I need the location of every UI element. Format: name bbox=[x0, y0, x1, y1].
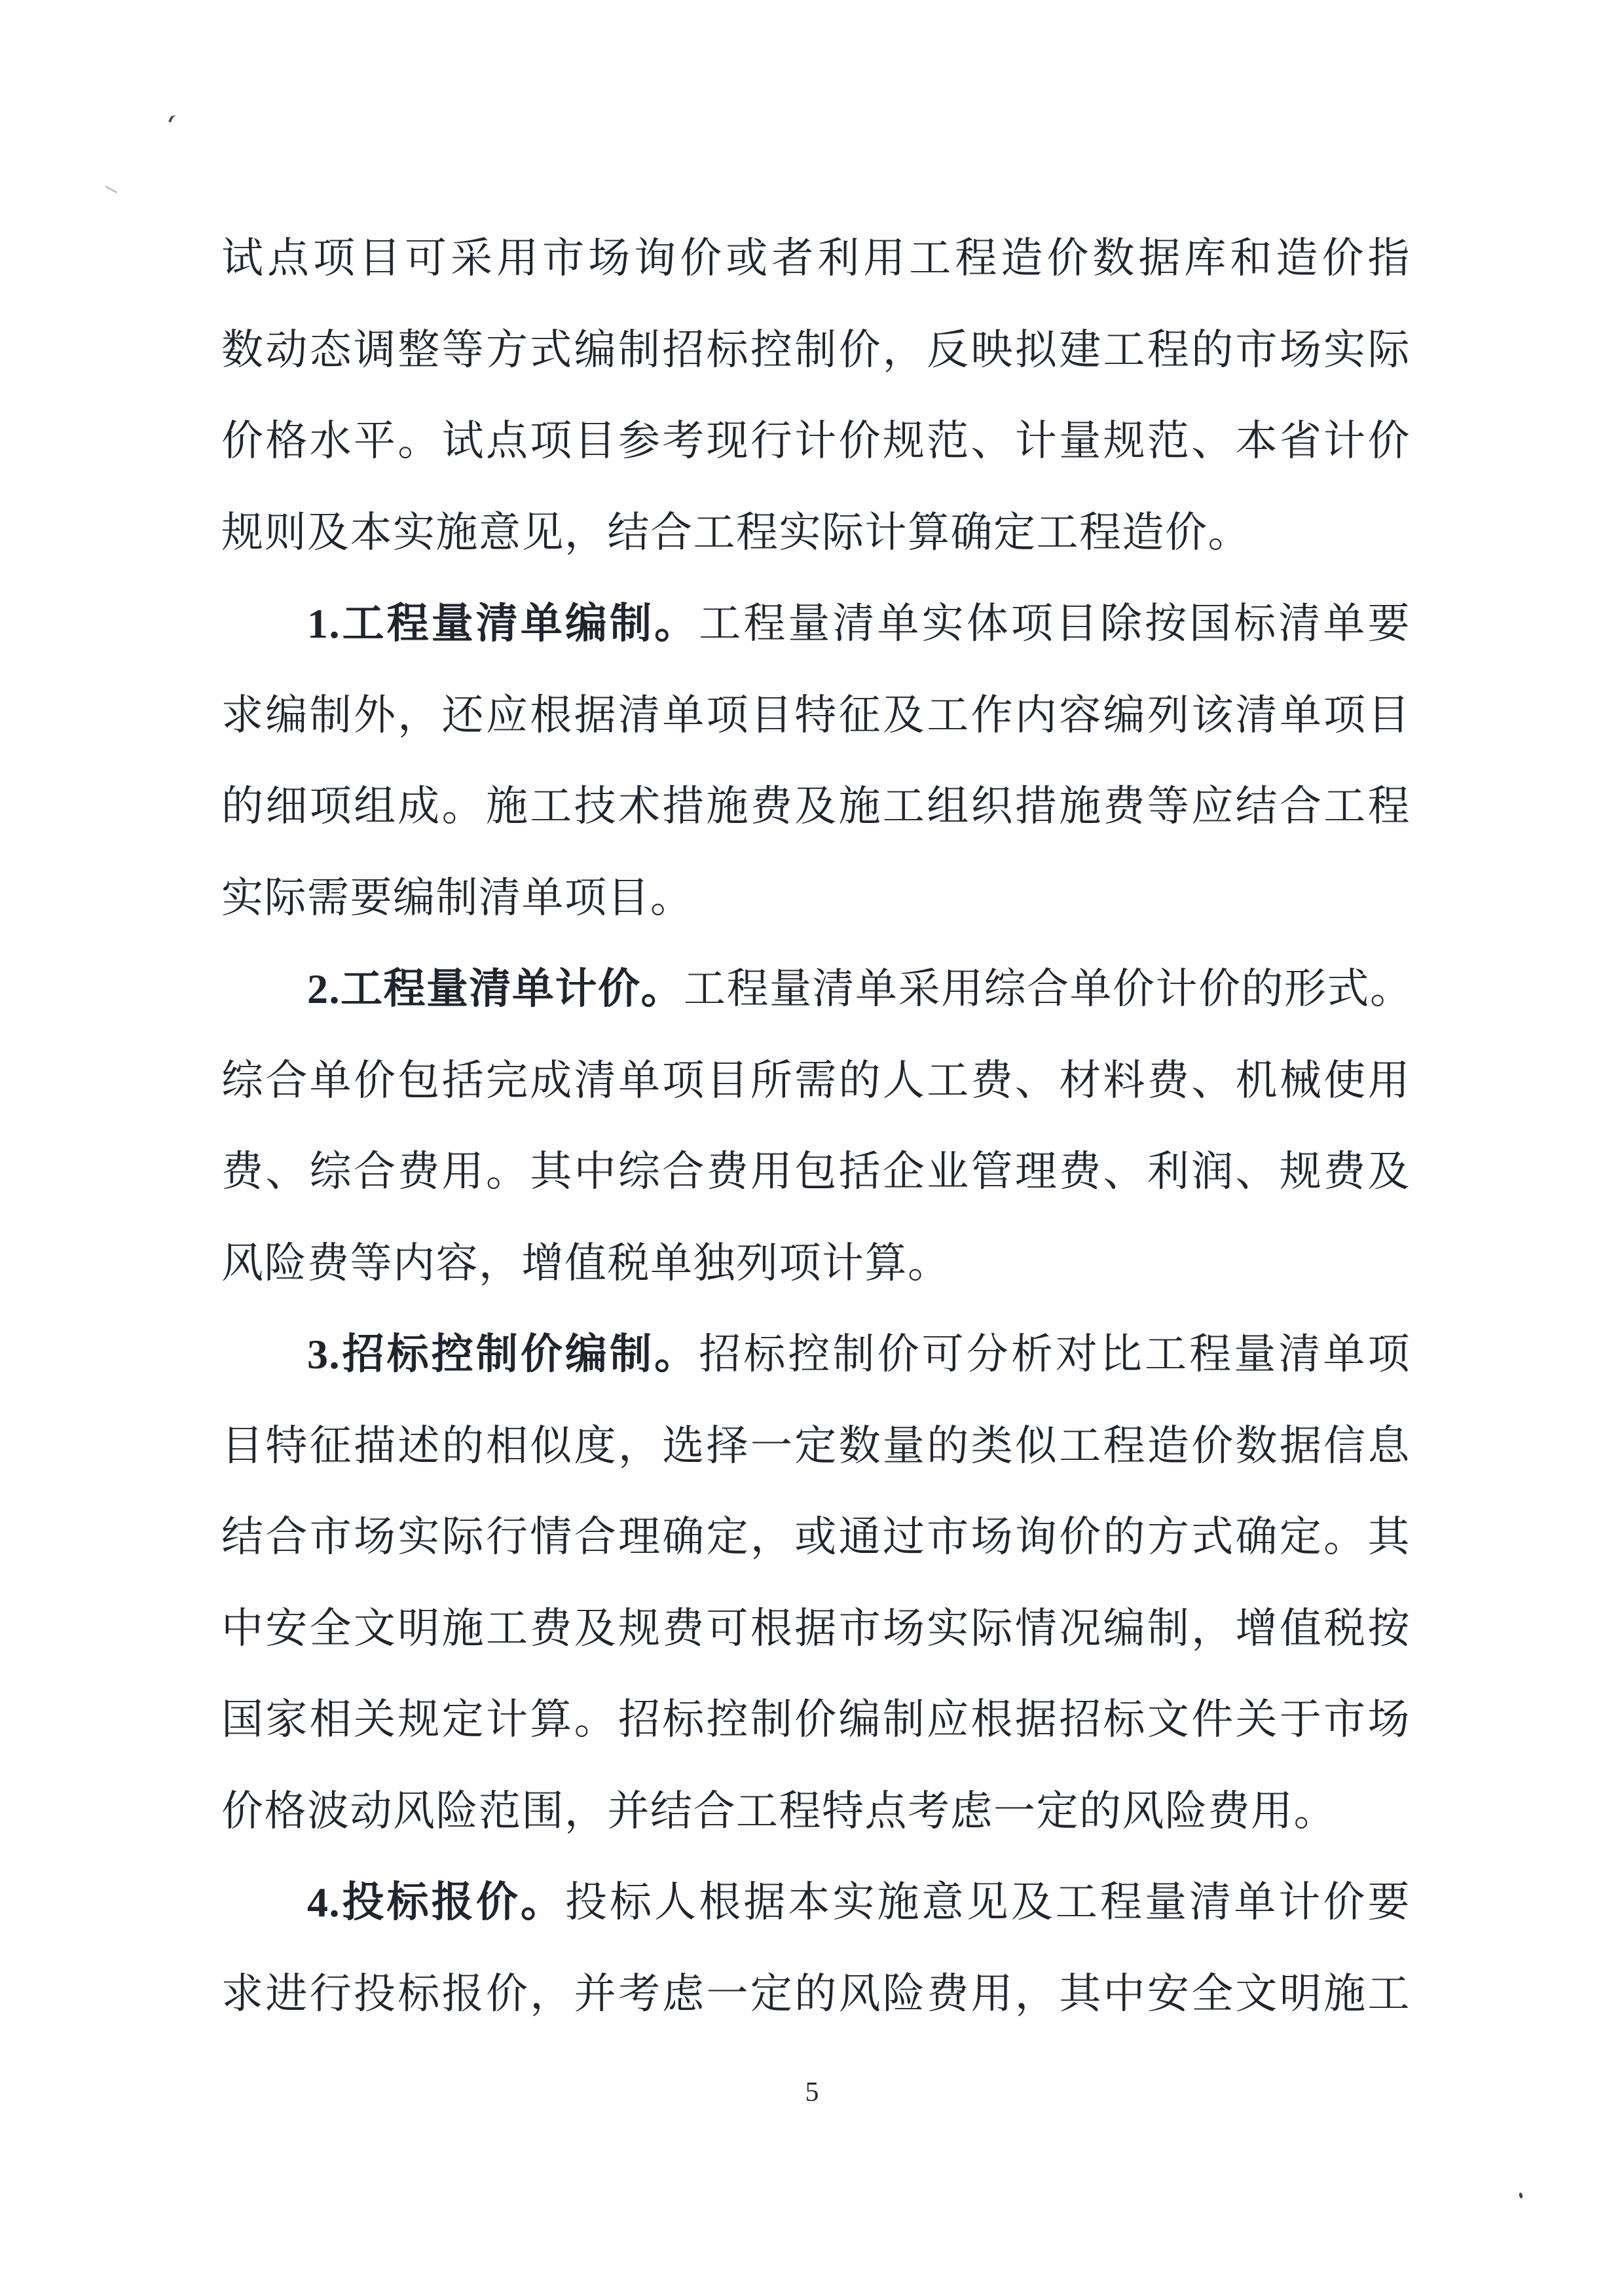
text-line: 中安全文明施工费及规费可根据市场实际情况编制，增值税按 bbox=[221, 1583, 1411, 1675]
line-text: 目特征描述的相似度，选择一定数量的类似工程造价数据信息 bbox=[221, 1423, 1411, 1469]
line-heading: 2.工程量清单计价。 bbox=[307, 966, 684, 1012]
text-line: 目特征描述的相似度，选择一定数量的类似工程造价数据信息 bbox=[221, 1400, 1411, 1492]
line-text: 费、综合费用。其中综合费用包括企业管理费、利润、规费及 bbox=[221, 1148, 1411, 1195]
text-line: 综合单价包括完成清单项目所需的人工费、材料费、机械使用 bbox=[221, 1035, 1411, 1127]
line-text: 国家相关规定计算。招标控制价编制应根据招标文件关于市场 bbox=[221, 1696, 1411, 1743]
text-line: 规则及本实施意见，结合工程实际计算确定工程造价。 bbox=[221, 487, 1411, 579]
text-line: 2.工程量清单计价。工程量清单采用综合单价计价的形式。 bbox=[221, 943, 1411, 1035]
text-line: 试点项目可采用市场询价或者利用工程造价数据库和造价指 bbox=[221, 213, 1411, 304]
text-line: 国家相关规定计算。招标控制价编制应根据招标文件关于市场 bbox=[221, 1674, 1411, 1766]
document-page: 试点项目可采用市场询价或者利用工程造价数据库和造价指 数动态调整等方式编制招标控… bbox=[0, 0, 1624, 2296]
line-text: 工程量清单实体项目除按国标清单要 bbox=[699, 600, 1411, 647]
line-text: 招标控制价可分析对比工程量清单项 bbox=[699, 1331, 1411, 1377]
line-text: 结合市场实际行情合理确定，或通过市场询价的方式确定。其 bbox=[221, 1514, 1411, 1560]
line-heading: 3.招标控制价编制。 bbox=[307, 1331, 699, 1377]
line-text: 中安全文明施工费及规费可根据市场实际情况编制，增值税按 bbox=[221, 1605, 1411, 1652]
text-line: 数动态调整等方式编制招标控制价，反映拟建工程的市场实际 bbox=[221, 304, 1411, 396]
scan-speck-diagonal-icon bbox=[105, 185, 118, 193]
line-text: 试点项目可采用市场询价或者利用工程造价数据库和造价指 bbox=[221, 235, 1411, 282]
text-line: 费、综合费用。其中综合费用包括企业管理费、利润、规费及 bbox=[221, 1126, 1411, 1218]
text-line: 求进行投标报价，并考虑一定的风险费用，其中安全文明施工 bbox=[221, 1948, 1411, 2040]
line-text: 规则及本实施意见，结合工程实际计算确定工程造价。 bbox=[221, 509, 1251, 556]
scan-speck-dot-icon bbox=[1519, 2193, 1523, 2199]
line-text: 价格水平。试点项目参考现行计价规范、计量规范、本省计价 bbox=[221, 418, 1411, 464]
line-text: 实际需要编制清单项目。 bbox=[221, 875, 693, 921]
page-number: 5 bbox=[0, 2077, 1624, 2108]
text-line: 风险费等内容，增值税单独列项计算。 bbox=[221, 1218, 1411, 1309]
line-text: 综合单价包括完成清单项目所需的人工费、材料费、机械使用 bbox=[221, 1057, 1411, 1104]
text-line: 1.工程量清单编制。工程量清单实体项目除按国标清单要 bbox=[221, 578, 1411, 670]
text-line: 的细项组成。施工技术措施费及施工组织措施费等应结合工程 bbox=[221, 761, 1411, 852]
line-text: 风险费等内容，增值税单独列项计算。 bbox=[221, 1240, 951, 1286]
text-line: 3.招标控制价编制。招标控制价可分析对比工程量清单项 bbox=[221, 1309, 1411, 1400]
line-text: 的细项组成。施工技术措施费及施工组织措施费等应结合工程 bbox=[221, 783, 1411, 829]
line-text: 价格波动风险范围，并结合工程特点考虑一定的风险费用。 bbox=[221, 1788, 1337, 1834]
line-text: 数动态调整等方式编制招标控制价，反映拟建工程的市场实际 bbox=[221, 327, 1411, 373]
line-text: 求编制外，还应根据清单项目特征及工作内容编列该清单项目 bbox=[221, 692, 1411, 738]
text-line: 求编制外，还应根据清单项目特征及工作内容编列该清单项目 bbox=[221, 670, 1411, 761]
text-line: 价格波动风险范围，并结合工程特点考虑一定的风险费用。 bbox=[221, 1766, 1411, 1857]
text-line: 4.投标报价。投标人根据本实施意见及工程量清单计价要 bbox=[221, 1857, 1411, 1948]
line-text: 投标人根据本实施意见及工程量清单计价要 bbox=[565, 1879, 1411, 1925]
text-line: 价格水平。试点项目参考现行计价规范、计量规范、本省计价 bbox=[221, 395, 1411, 487]
line-heading: 1.工程量清单编制。 bbox=[307, 600, 699, 647]
text-block: 试点项目可采用市场询价或者利用工程造价数据库和造价指 数动态调整等方式编制招标控… bbox=[221, 213, 1411, 2039]
text-line: 实际需要编制清单项目。 bbox=[221, 852, 1411, 944]
line-text: 工程量清单采用综合单价计价的形式。 bbox=[684, 966, 1413, 1012]
line-heading: 4.投标报价。 bbox=[307, 1879, 565, 1925]
text-line: 结合市场实际行情合理确定，或通过市场询价的方式确定。其 bbox=[221, 1491, 1411, 1583]
scan-speck-curl-icon bbox=[168, 114, 179, 125]
line-text: 求进行投标报价，并考虑一定的风险费用，其中安全文明施工 bbox=[221, 1971, 1411, 2017]
